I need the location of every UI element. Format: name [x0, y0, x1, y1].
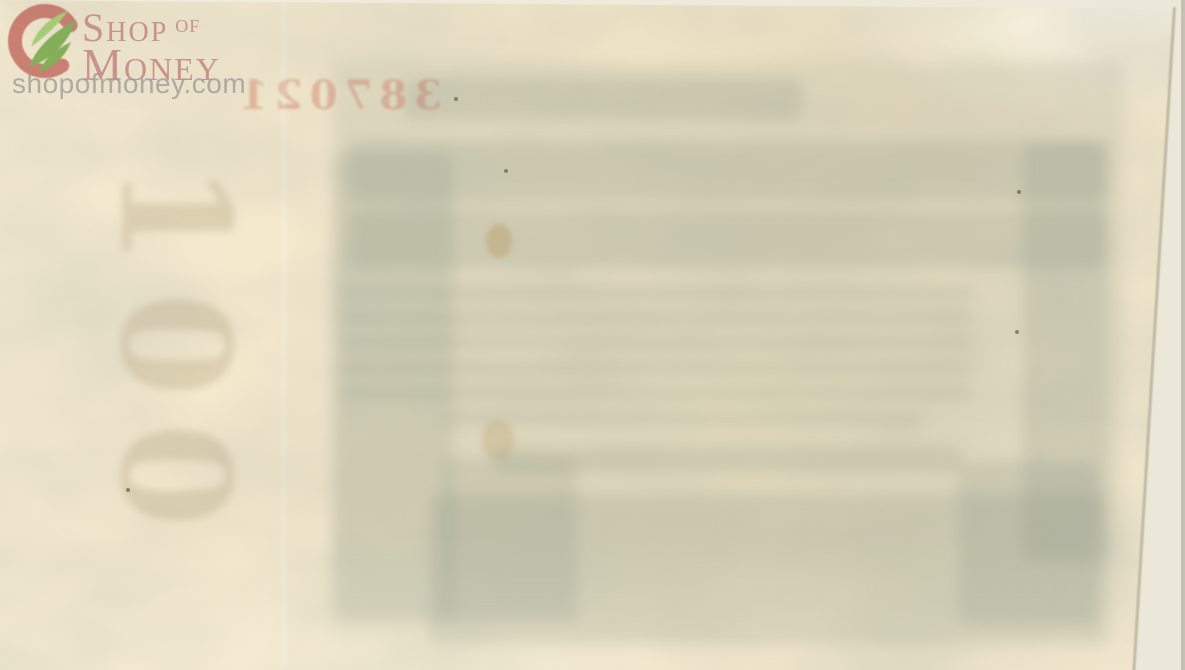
ghost-right-ornament: [1023, 142, 1108, 562]
paper-speck: [504, 169, 508, 173]
ghost-serial-number: 387021: [252, 72, 442, 119]
website-url: shopofmoney.com: [12, 68, 246, 100]
ghost-title-row-2: [348, 210, 1108, 268]
ghost-title-row-1: [348, 140, 1108, 202]
paper-speck: [126, 488, 130, 492]
banknote-scan: 387021 100: [0, 0, 1185, 670]
paper-stain: [486, 224, 512, 258]
front-design-bleedthrough: [333, 62, 1123, 647]
paper-stain: [482, 420, 514, 460]
shopofmoney-logo-icon: [8, 4, 82, 78]
ghost-script-row: [403, 78, 803, 120]
ghost-denomination-100: 100: [55, 172, 295, 544]
ghost-medallion-left: [443, 457, 578, 622]
banknote-back-paper: 387021 100: [0, 0, 1185, 670]
paper-speck: [454, 97, 458, 101]
paper-speck: [1017, 190, 1021, 194]
ghost-text-line: [443, 412, 923, 424]
ghost-left-ornament: [333, 152, 453, 622]
paper-crease: [282, 0, 285, 670]
scanner-edge-shadow: [1181, 0, 1185, 670]
paper-speck: [1015, 330, 1019, 334]
